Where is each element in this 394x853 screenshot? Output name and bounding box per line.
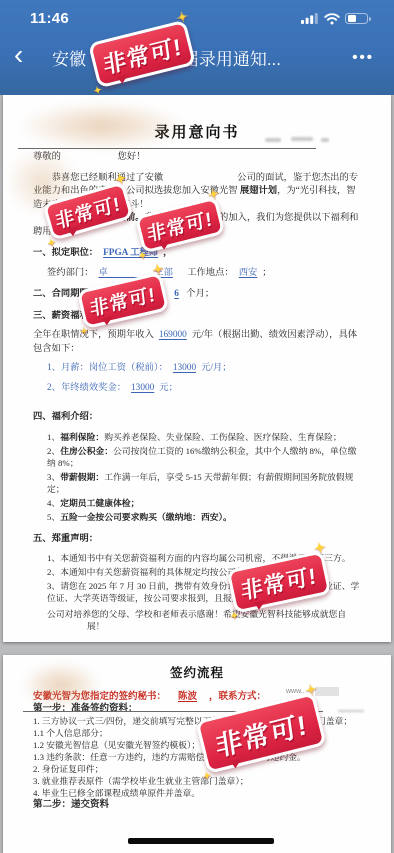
annual-income-value: 169000 [154, 330, 192, 340]
sparkle-icon: ✦ [229, 611, 239, 623]
signing-item: 4. 毕业生已修全部课程成绩单原件并盖章。 [33, 788, 361, 799]
letterhead-logo-blur [21, 661, 101, 709]
benefit-item: 2、住房公积金：公司按岗位工资的 16%缴纳公积金，其中个人缴纳 8%，单位缴纳… [47, 445, 361, 469]
nav-bar: ‹ 安徽 2025届录用通知... ••• [0, 31, 394, 83]
step2-heading: 第二步：递交资料 [33, 800, 361, 811]
clock: 11:46 [30, 10, 69, 27]
letterhead-faint-text [265, 138, 281, 142]
phone-screen: 11:46 ‹ 安徽 2025届 [0, 0, 394, 853]
redacted-name [63, 150, 115, 159]
page-title-prefix: 安徽 [52, 45, 86, 70]
signal-icon [301, 13, 319, 24]
section-benefits: 四、福利介绍： [33, 411, 361, 425]
probation-months-value: 6 [169, 289, 184, 299]
program-name: 展翅计划 [240, 186, 277, 196]
section-position: 一、拟定职位：FPGA 工程师， [33, 247, 361, 261]
more-menu-button[interactable]: ••• [352, 49, 380, 66]
section-statement: 五、郑重声明： [33, 533, 361, 547]
letterhead-faint-text [321, 138, 329, 142]
status-icons [301, 13, 368, 25]
benefit-item: 4、定期员工健康体检； [47, 497, 361, 509]
bonus-line: 2、年终绩效奖金：13000元； [47, 382, 361, 396]
benefit-item: 1、福利保险：购买养老保险、失业保险、工伤保险、医疗保险、生育保险； [47, 431, 361, 443]
secretary-name: 陈波 [166, 692, 209, 702]
signing-item: 1.3 违约条款：任意一方违约，违约方需赔偿对方 5000 元作为违约金。 [33, 752, 361, 763]
letterhead-rule [18, 148, 316, 149]
benefit-item: 3、带薪假期：工作满一年后，享受 5-15 天带薪年假；有薪假期间国务院放假规定… [47, 471, 361, 495]
department-line: 签约部门：卓 三部 工作地点：西安； [47, 267, 361, 281]
monthly-salary-line: 1、月薪：岗位工资（税前）：13000元/月； [47, 362, 361, 376]
department-value: 卓 三部 [94, 268, 178, 278]
location-value: 西安 [234, 268, 263, 278]
status-bar: 11:46 [0, 0, 394, 27]
wifi-icon [324, 13, 340, 25]
redaction-bar [128, 838, 274, 844]
benefit-item: 5、五险一金按公司要求购买（缴纳地：西安）。 [47, 511, 361, 523]
signing-item: 3. 就业推荐表原件（需学校毕业生就业主管部门盖章）； [33, 776, 361, 787]
signing-item: 2. 身份证复印件； [33, 764, 361, 775]
app-header: 11:46 ‹ 安徽 2025届 [0, 0, 394, 95]
faint-mark [338, 710, 364, 712]
letterhead-faint-text [291, 137, 313, 141]
document-page-2: www.. 签约流程 安徽光智为您指定的签约秘书：陈波，联系方式： 第一步：准备… [3, 655, 391, 853]
battery-icon [345, 13, 368, 25]
document-page-1: 录用意向书 尊敬的 您好！ 恭喜您已经顺利通过了安徽公司的面试，鉴于您杰出的专业… [3, 95, 391, 642]
letterhead-logo-blur [17, 101, 187, 151]
bonus-value: 13000 [126, 383, 159, 393]
back-button[interactable]: ‹ [14, 41, 40, 69]
greeting-line: 尊敬的 您好！ [33, 150, 361, 165]
monthly-salary-value: 13000 [168, 363, 201, 373]
closing-line: 公司对培养您的父母、学校和老师表示感谢！希望安徽光智科技能够成就您自展！ [47, 608, 361, 632]
